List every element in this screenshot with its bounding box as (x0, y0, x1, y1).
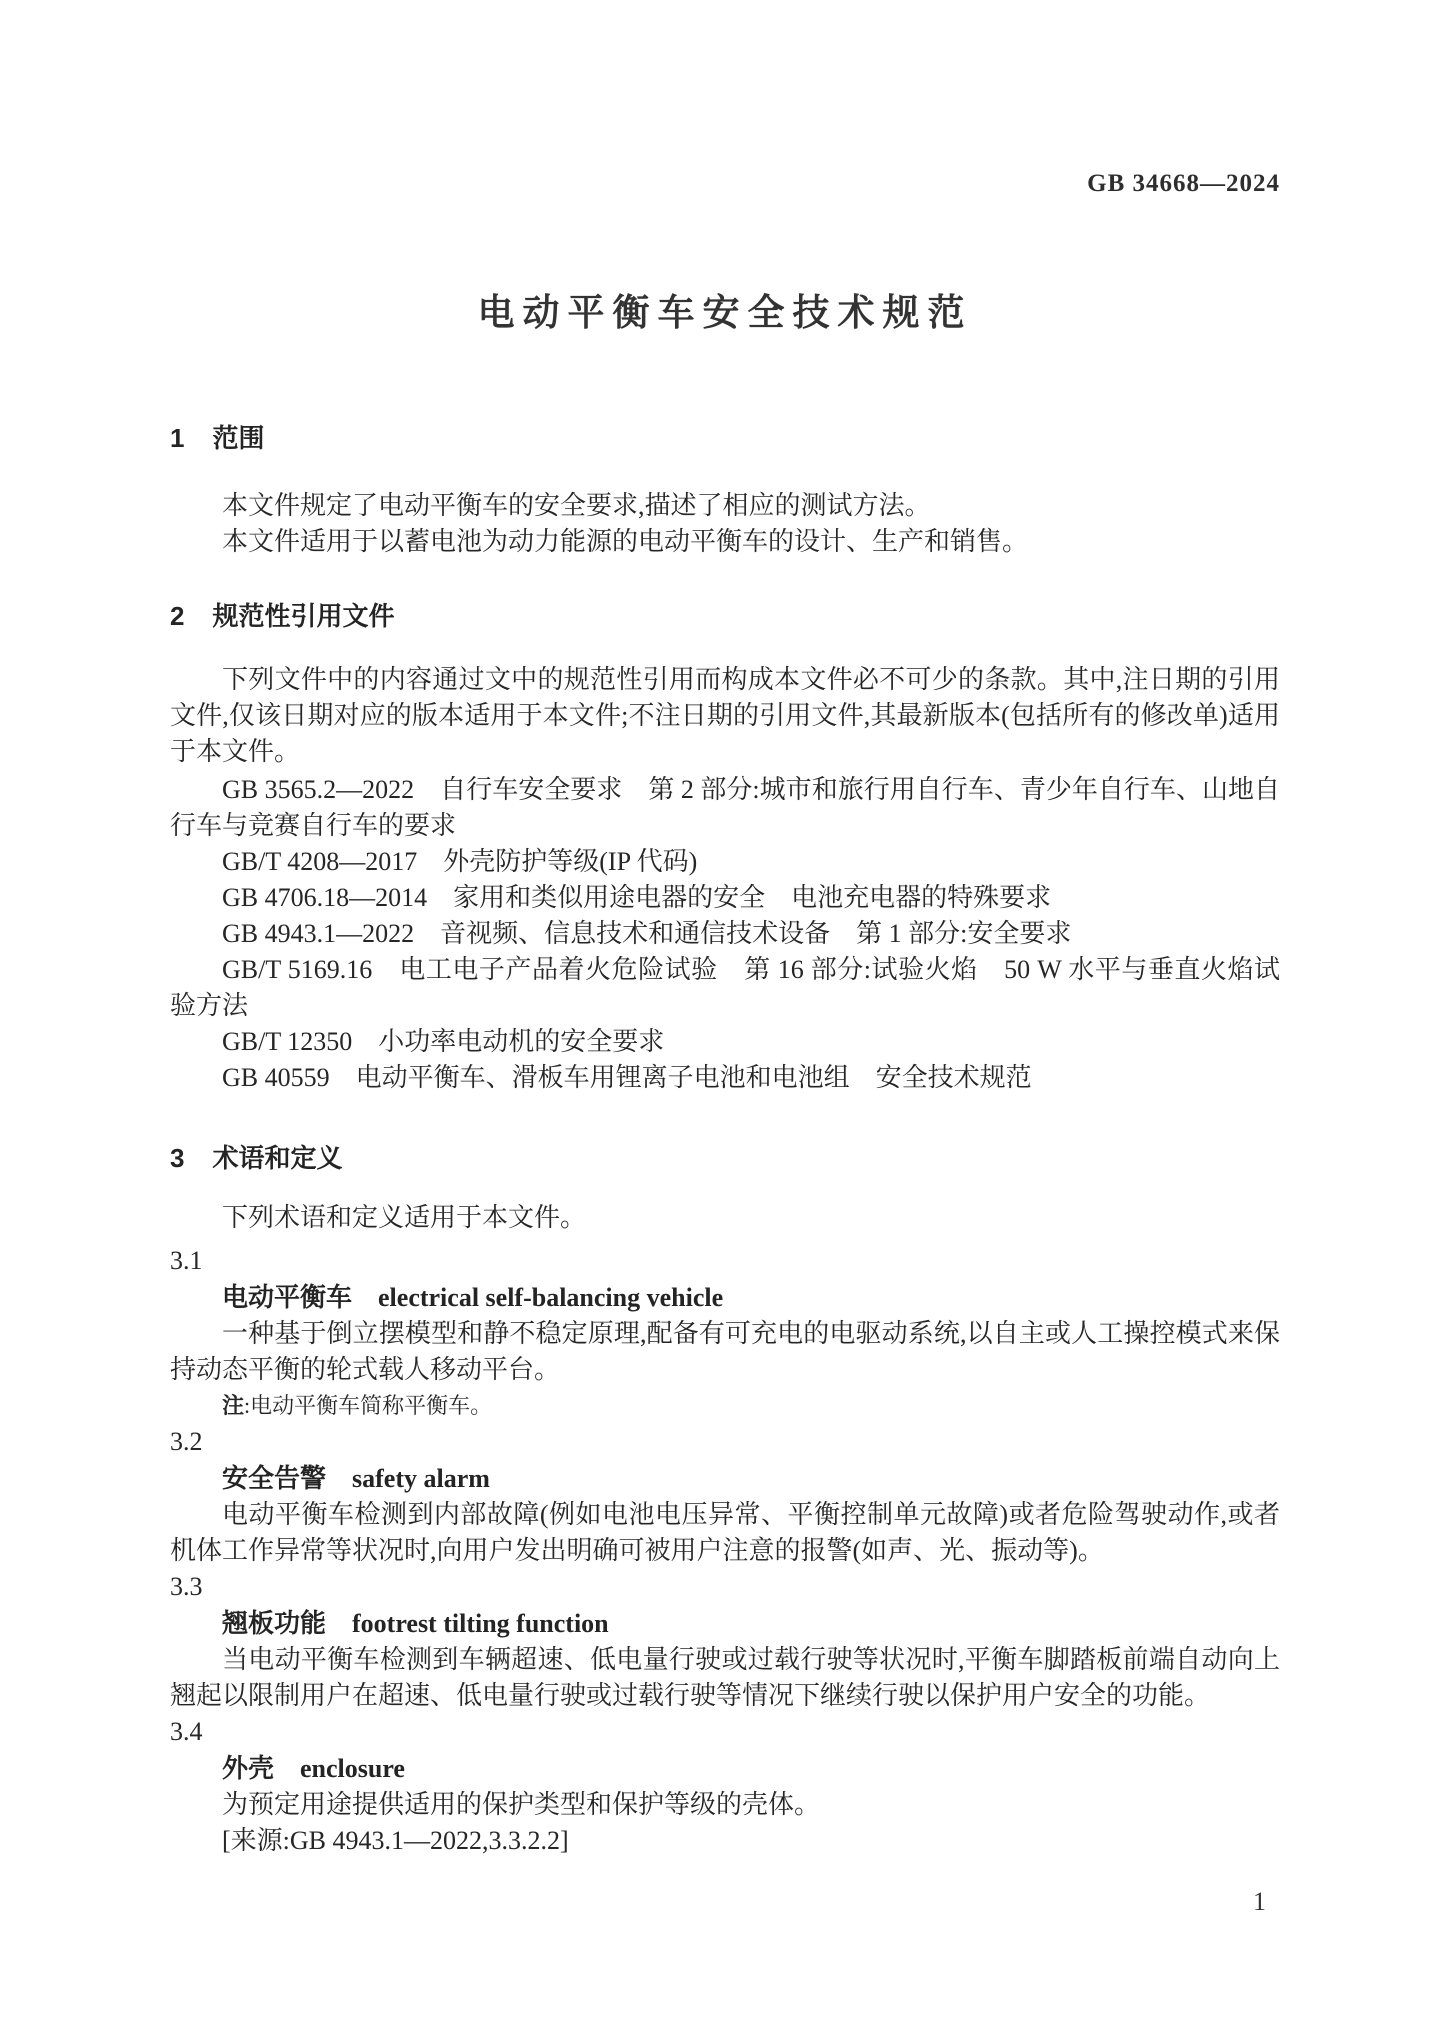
term-source: [来源:GB 4943.1—2022,3.3.2.2] (170, 1823, 1280, 1859)
term-title: 外壳enclosure (170, 1750, 1280, 1787)
term-name-en: footrest tilting function (352, 1609, 609, 1638)
references-intro: 下列文件中的内容通过文中的规范性引用而构成本文件必不可少的条款。其中,注日期的引… (170, 662, 1280, 770)
term-name-zh: 翘板功能 (222, 1608, 326, 1638)
scope-paragraph: 本文件适用于以蓄电池为动力能源的电动平衡车的设计、生产和销售。 (170, 524, 1280, 560)
term-name-zh: 安全告警 (222, 1463, 326, 1493)
note-label: 注 (222, 1393, 244, 1418)
document-title: 电动平衡车安全技术规范 (170, 288, 1280, 338)
section-3-title: 术语和定义 (212, 1143, 342, 1173)
page-footer: 1 (170, 1884, 1280, 1920)
reference-item: GB/T 5169.16 电工电子产品着火危险试验 第 16 部分:试验火焰 5… (170, 952, 1280, 1024)
term-name-zh: 外壳 (222, 1753, 274, 1783)
term-name-en: safety alarm (352, 1464, 490, 1493)
terms-list: 3.1 电动平衡车electrical self-balancing vehic… (170, 1243, 1280, 1859)
term-title: 安全告警safety alarm (170, 1460, 1280, 1497)
term-note: 注:电动平衡车简称平衡车。 (170, 1388, 1280, 1424)
section-2-heading: 2规范性引用文件 (170, 598, 1280, 634)
term-title: 翘板功能footrest tilting function (170, 1605, 1280, 1642)
term-number: 3.2 (170, 1424, 1280, 1460)
term-definition: 电动平衡车检测到内部故障(例如电池电压异常、平衡控制单元故障)或者危险驾驶动作,… (170, 1497, 1280, 1569)
reference-item: GB 4943.1—2022 音视频、信息技术和通信技术设备 第 1 部分:安全… (170, 916, 1280, 952)
section-2-title: 规范性引用文件 (212, 601, 394, 631)
term-definition: 一种基于倒立摆模型和静不稳定原理,配备有可充电的电驱动系统,以自主或人工操控模式… (170, 1316, 1280, 1388)
section-1-number: 1 (170, 423, 184, 453)
term-definition: 当电动平衡车检测到车辆超速、低电量行驶或过载行驶等状况时,平衡车脚踏板前端自动向… (170, 1642, 1280, 1714)
section-3-heading: 3术语和定义 (170, 1140, 1280, 1176)
page-number: 1 (1253, 1887, 1266, 1916)
term-number: 3.4 (170, 1714, 1280, 1750)
term-name-en: enclosure (300, 1754, 405, 1783)
term-name-zh: 电动平衡车 (222, 1282, 352, 1312)
section-1-heading: 1范围 (170, 420, 1280, 456)
note-body: :电动平衡车简称平衡车。 (244, 1393, 492, 1418)
section-3-number: 3 (170, 1143, 184, 1173)
section-1-title: 范围 (212, 423, 264, 453)
term-definition: 为预定用途提供适用的保护类型和保护等级的壳体。 (170, 1787, 1280, 1823)
reference-list: GB 3565.2—2022 自行车安全要求 第 2 部分:城市和旅行用自行车、… (170, 772, 1280, 1096)
reference-item: GB 40559 电动平衡车、滑板车用锂离子电池和电池组 安全技术规范 (170, 1060, 1280, 1096)
reference-item: GB/T 12350 小功率电动机的安全要求 (170, 1024, 1280, 1060)
term-number: 3.1 (170, 1243, 1280, 1279)
reference-item: GB 3565.2—2022 自行车安全要求 第 2 部分:城市和旅行用自行车、… (170, 772, 1280, 844)
reference-item: GB 4706.18—2014 家用和类似用途电器的安全 电池充电器的特殊要求 (170, 880, 1280, 916)
reference-item: GB/T 4208—2017 外壳防护等级(IP 代码) (170, 844, 1280, 880)
document-page: GB 34668—2024 电动平衡车安全技术规范 1范围 本文件规定了电动平衡… (0, 0, 1445, 2043)
terms-intro: 下列术语和定义适用于本文件。 (170, 1200, 1280, 1236)
scope-paragraph: 本文件规定了电动平衡车的安全要求,描述了相应的测试方法。 (170, 488, 1280, 524)
term-number: 3.3 (170, 1569, 1280, 1605)
term-name-en: electrical self-balancing vehicle (378, 1283, 723, 1312)
term-title: 电动平衡车electrical self-balancing vehicle (170, 1279, 1280, 1316)
standard-code: GB 34668—2024 (170, 170, 1280, 198)
section-2-number: 2 (170, 601, 184, 631)
